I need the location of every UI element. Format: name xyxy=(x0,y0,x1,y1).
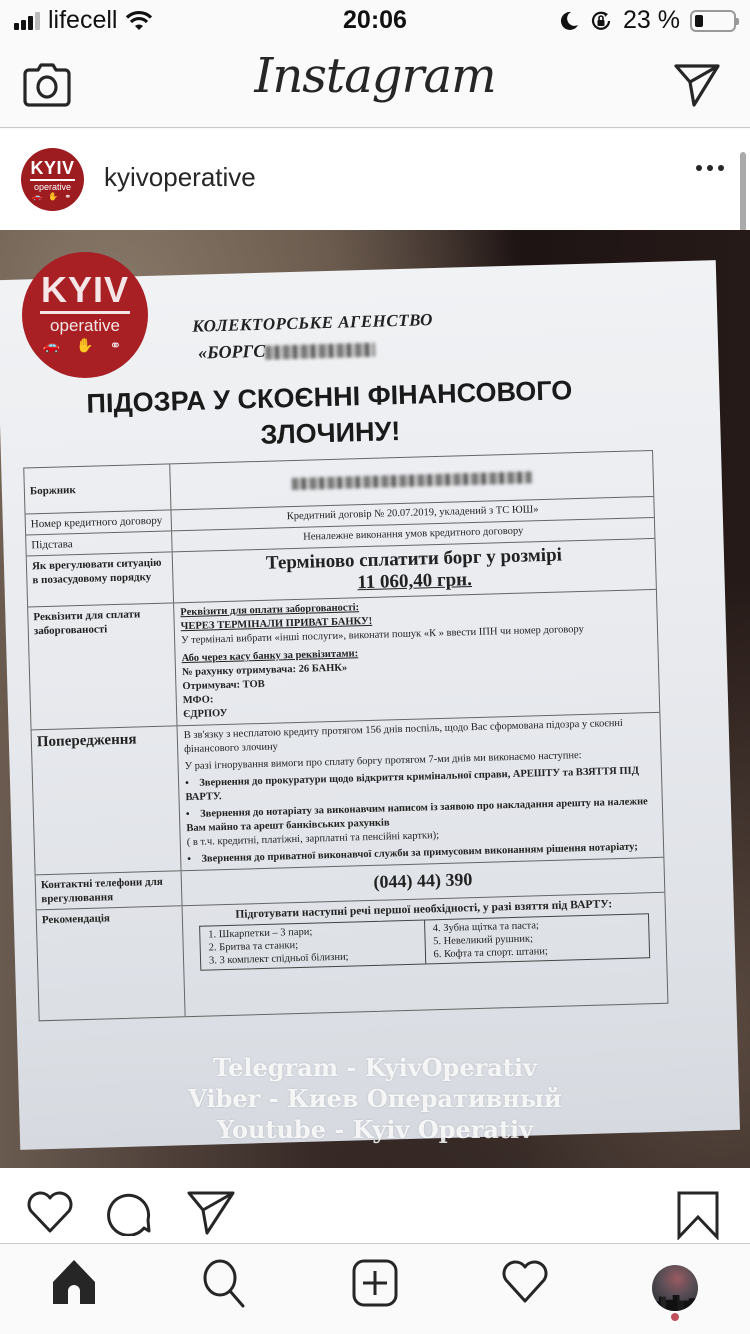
instagram-logo: Instagram xyxy=(0,48,750,104)
avatar-logo-subtitle: operative xyxy=(21,182,84,192)
social-watermark: Telegram - KyivOperativ Viber - Киев Опе… xyxy=(0,1052,750,1145)
avatar-logo-icons: 🚗 ✋ ⚭ xyxy=(21,192,84,202)
profile-avatar xyxy=(652,1265,698,1311)
new-post-icon xyxy=(351,1258,399,1308)
comment-icon xyxy=(106,1190,156,1236)
watermark-youtube: Youtube - Kyiv Operativ xyxy=(0,1114,750,1145)
bookmark-icon xyxy=(675,1190,721,1240)
document-title: ПІДОЗРА У СКОЄННІ ФІНАНСОВОГО ЗЛОЧИНУ! xyxy=(19,370,641,459)
agency-name: «БОРГС xyxy=(198,338,376,364)
post-author-avatar[interactable]: KYIV operative 🚗 ✋ ⚭ xyxy=(21,148,84,211)
collection-notice-document: КОЛЕКТОРСЬКЕ АГЕНСТВО «БОРГС ПІДОЗРА У С… xyxy=(0,260,740,1150)
row-label: Номер кредитного договору xyxy=(26,510,173,534)
direct-message-icon xyxy=(673,62,721,108)
row-label: Як врегулювати ситуацію в позасудовому п… xyxy=(27,552,174,606)
like-button[interactable] xyxy=(24,1190,76,1242)
tab-search[interactable] xyxy=(192,1258,256,1322)
redacted-block xyxy=(292,471,532,490)
logo-icons: 🚗 ✋ ⚭ xyxy=(22,336,148,354)
watermark-telegram: Telegram - KyivOperativ xyxy=(0,1052,750,1083)
recommendation-list: 1. Шкарпетки – 3 пари; 2. Бритва та стан… xyxy=(199,913,650,971)
tab-home[interactable] xyxy=(42,1258,106,1322)
profile-notification-dot xyxy=(671,1313,679,1321)
avatar-logo-rule xyxy=(30,179,75,181)
tab-new-post[interactable] xyxy=(343,1258,407,1322)
kyiv-operative-watermark-logo: KYIV operative 🚗 ✋ ⚭ xyxy=(22,252,148,378)
battery-level xyxy=(695,15,703,27)
redacted-block xyxy=(265,343,375,360)
moon-icon xyxy=(559,10,579,32)
bottom-tab-bar xyxy=(0,1245,750,1334)
more-options-icon[interactable] xyxy=(696,165,724,171)
direct-message-button[interactable] xyxy=(670,58,724,112)
row-label: Попередження xyxy=(32,726,182,874)
row-value: В зв'язку з несплатою кредиту протягом 1… xyxy=(178,713,664,870)
logo-subtitle: operative xyxy=(22,316,148,336)
row-label: Контактні телефони для врегулювання xyxy=(36,871,183,909)
post-image[interactable]: КОЛЕКТОРСЬКЕ АГЕНСТВО «БОРГС ПІДОЗРА У С… xyxy=(0,230,750,1168)
row-label: Рекомендація xyxy=(37,906,186,1020)
top-navigation: Instagram xyxy=(0,42,750,128)
agency-name-text: «БОРГС xyxy=(198,341,266,363)
share-button[interactable] xyxy=(185,1190,237,1242)
battery-percent: 23 % xyxy=(623,6,680,35)
logo-title: KYIV xyxy=(22,272,148,308)
row-value: Підготувати наступні речі першої необхід… xyxy=(183,893,668,1016)
table-row: Попередження В зв'язку з несплатою креди… xyxy=(32,713,664,875)
recommendation-column: 1. Шкарпетки – 3 пари; 2. Бритва та стан… xyxy=(200,921,425,970)
row-label: Реквізити для сплати заборгованості xyxy=(28,603,177,729)
tab-activity[interactable] xyxy=(493,1258,557,1322)
search-icon xyxy=(199,1258,249,1308)
heart-icon xyxy=(25,1190,75,1234)
table-row: Рекомендація Підготувати наступні речі п… xyxy=(37,893,668,1020)
row-value: Реквізити для оплати заборгованості: ЧЕР… xyxy=(174,590,659,725)
post-header: KYIV operative 🚗 ✋ ⚭ kyivoperative xyxy=(0,129,750,230)
recommendation-column: 4. Зубна щітка та паста; 5. Невеликий ру… xyxy=(424,914,650,963)
watermark-viber: Viber - Киев Оперативный xyxy=(0,1083,750,1114)
document-table: Боржник Номер кредитного договору Кредит… xyxy=(23,450,668,1021)
save-button[interactable] xyxy=(672,1190,724,1242)
table-row: Реквізити для сплати заборгованості Рекв… xyxy=(28,590,659,730)
logo-rule xyxy=(40,311,130,314)
share-icon xyxy=(186,1190,236,1236)
post-author-username[interactable]: kyivoperative xyxy=(104,162,256,193)
agency-label: КОЛЕКТОРСЬКЕ АГЕНСТВО xyxy=(192,310,433,337)
battery-icon xyxy=(690,10,736,32)
status-right: 23 % xyxy=(559,6,736,35)
comment-button[interactable] xyxy=(105,1190,157,1242)
orientation-lock-icon xyxy=(589,9,613,33)
scrollbar[interactable] xyxy=(740,152,746,232)
activity-heart-icon xyxy=(500,1258,550,1304)
post-actions xyxy=(0,1168,750,1244)
home-icon xyxy=(50,1258,98,1306)
row-label: Боржник xyxy=(24,464,171,513)
avatar-logo-title: KYIV xyxy=(21,159,84,177)
status-bar: lifecell 20:06 23 % xyxy=(0,0,750,42)
row-label: Підстава xyxy=(26,531,173,555)
